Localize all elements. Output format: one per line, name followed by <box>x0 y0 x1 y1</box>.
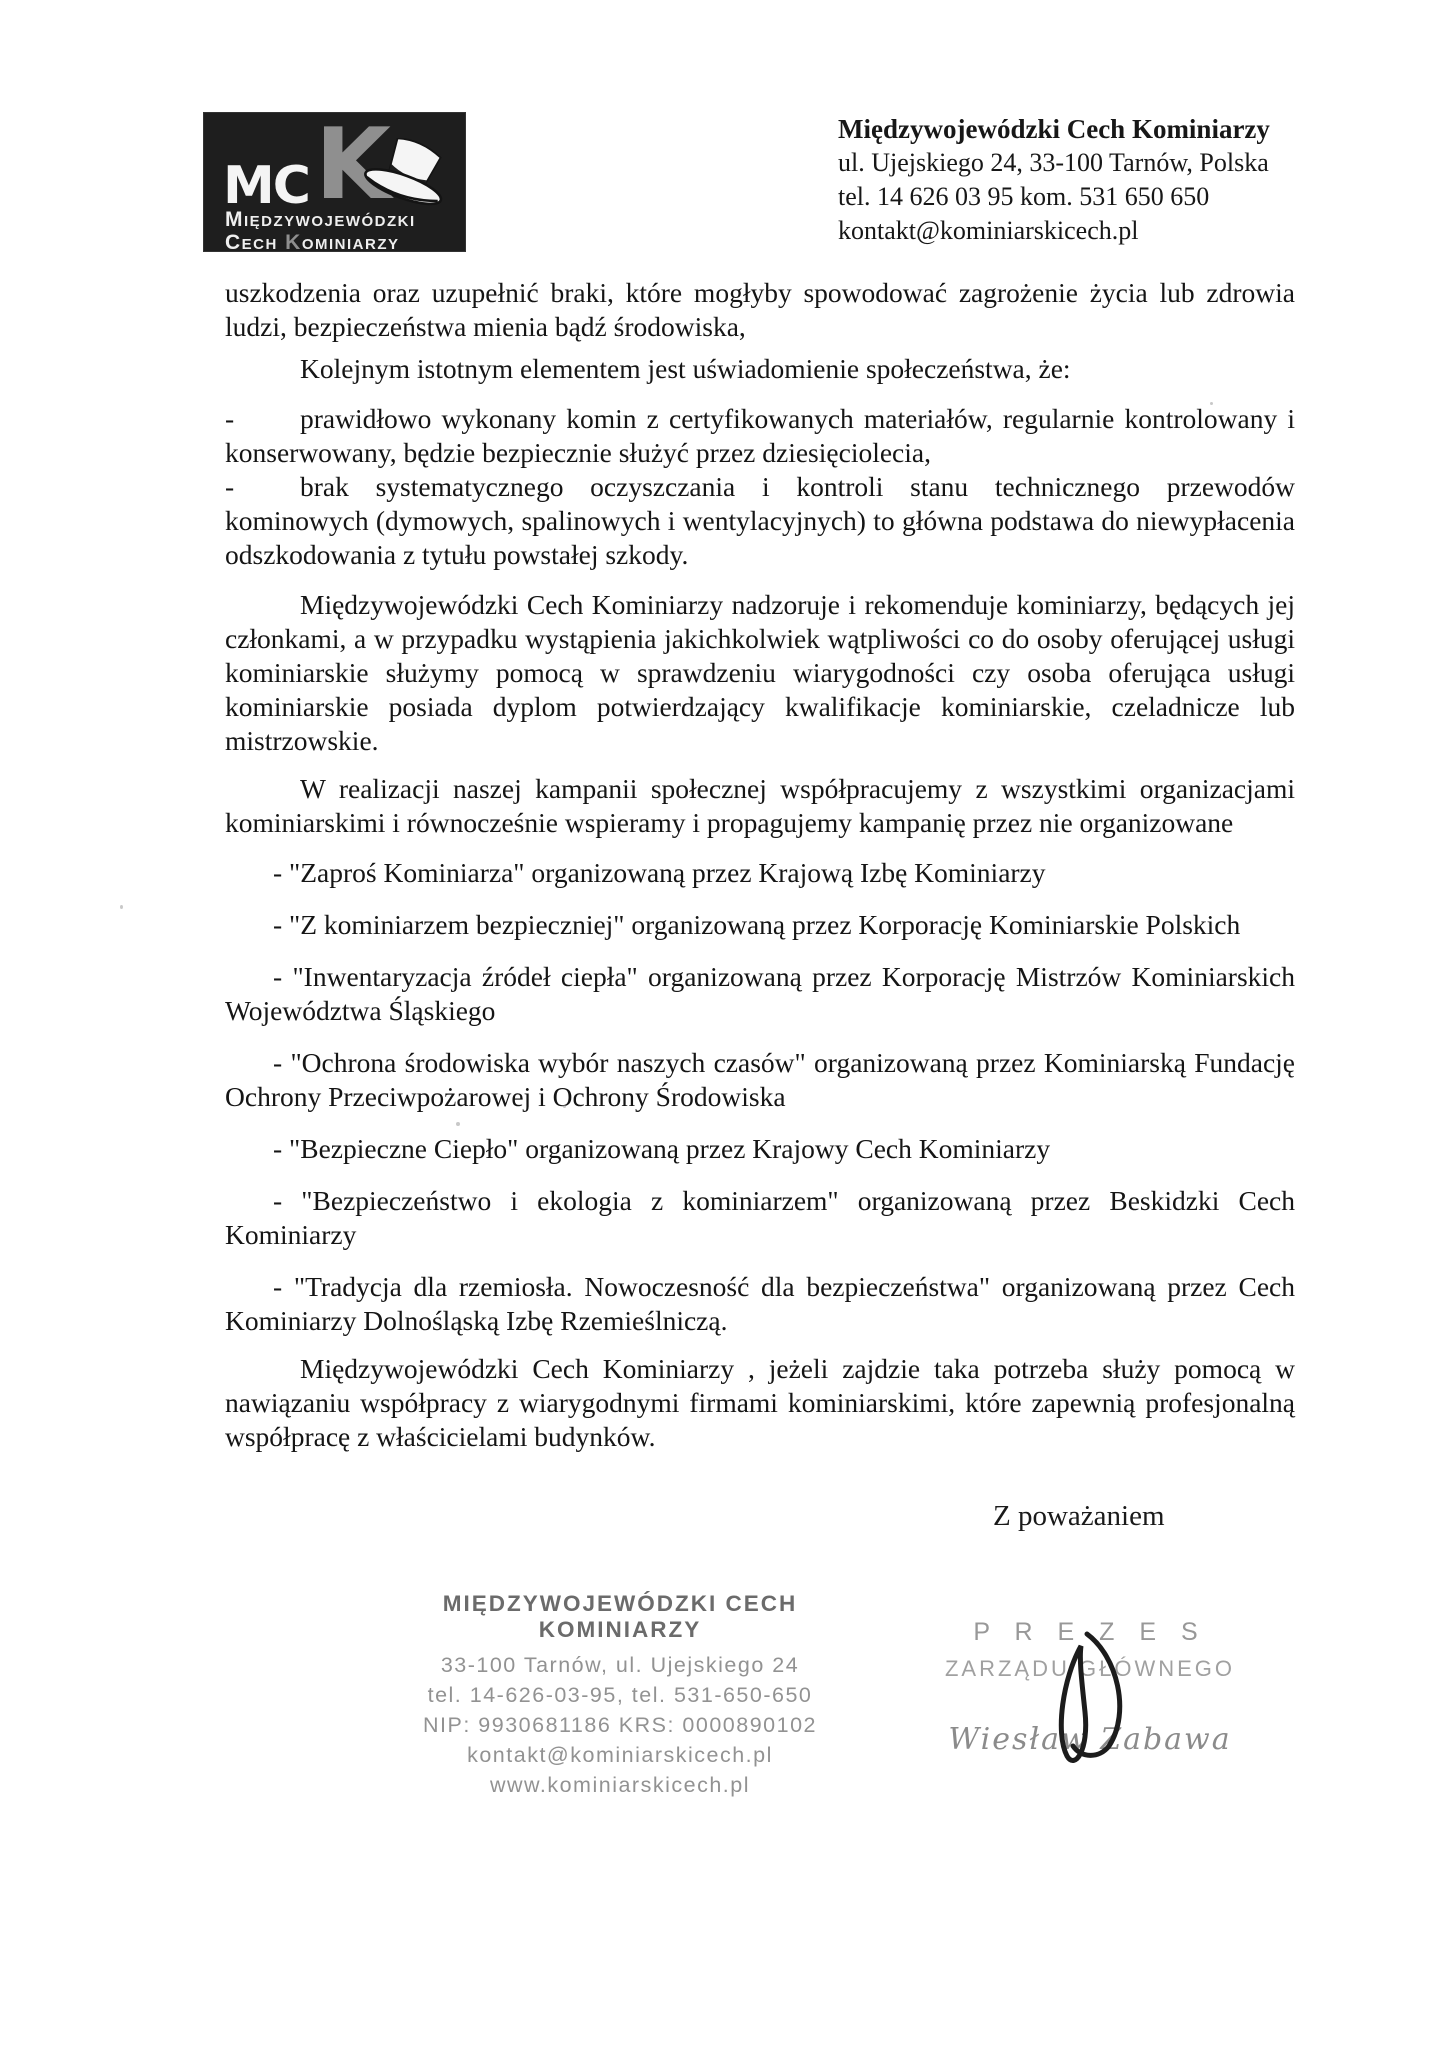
letter-body: uszkodzenia oraz uzupełnić braki, które … <box>225 276 1295 1454</box>
campaign-item: - "Z kominiarzem bezpieczniej" organizow… <box>225 908 1295 942</box>
bullet-item: -prawidłowo wykonany komin z certyfikowa… <box>225 402 1295 470</box>
stamp-phones: tel. 14-626-03-95, tel. 531-650-650 <box>370 1680 870 1710</box>
bullet-dash: - <box>225 470 300 504</box>
logo-name-line2: Cech Kominiarzy <box>225 231 455 252</box>
logo-monogram: MC K <box>223 120 463 212</box>
campaign-item: - "Zaproś Kominiarza" organizowaną przez… <box>225 856 1295 890</box>
campaign-item: - "Bezpieczeństwo i ekologia z kominiarz… <box>225 1184 1295 1252</box>
top-hat-icon <box>351 138 466 218</box>
paragraph-supervision: Międzywojewódzki Cech Kominiarzy nadzoru… <box>225 588 1295 758</box>
bullet-text: brak systematycznego oczyszczania i kont… <box>225 471 1295 570</box>
campaign-item: - "Ochrona środowiska wybór naszych czas… <box>225 1046 1295 1114</box>
bullet-text: prawidłowo wykonany komin z certyfikowan… <box>225 403 1295 468</box>
bullet-item: -brak systematycznego oczyszczania i kon… <box>225 470 1295 572</box>
scan-speckle <box>120 905 123 909</box>
stamp-nip-krs: NIP: 9930681186 KRS: 0000890102 <box>370 1710 870 1740</box>
organization-name: Międzywojewódzki Cech Kominiarzy <box>838 112 1308 146</box>
organization-address: ul. Ujejskiego 24, 33-100 Tarnów, Polska <box>838 146 1308 180</box>
logo-name-line1: Międzywojewódzki <box>225 208 455 231</box>
logo-name-gray-k: K <box>285 231 302 252</box>
paragraph-awareness-intro: Kolejnym istotnym elementem jest uświado… <box>225 352 1295 386</box>
organization-logo: MC K Międzywojewódzki Cech Kominiarzy <box>203 112 466 252</box>
letterhead-contact-block: Międzywojewódzki Cech Kominiarzy ul. Uje… <box>838 112 1308 248</box>
scan-speckle <box>1210 402 1213 405</box>
stamp-website: www.kominiarskicech.pl <box>370 1770 870 1800</box>
scan-speckle <box>456 1122 460 1126</box>
paragraph-cooperation: Międzywojewódzki Cech Kominiarzy , jeżel… <box>225 1352 1295 1454</box>
stamp-org-name: MIĘDZYWOJEWÓDZKI CECH KOMINIARZY <box>370 1591 870 1643</box>
organization-stamp: MIĘDZYWOJEWÓDZKI CECH KOMINIARZY 33-100 … <box>370 1591 870 1800</box>
paragraph-continuation: uszkodzenia oraz uzupełnić braki, które … <box>225 276 1295 344</box>
logo-mc-letters: MC <box>223 160 309 212</box>
campaign-item: - "Inwentaryzacja źródeł ciepła" organiz… <box>225 960 1295 1028</box>
closing-phrase: Z poważaniem <box>993 1500 1165 1533</box>
stamp-address: 33-100 Tarnów, ul. Ujejskiego 24 <box>370 1650 870 1680</box>
paragraph-campaign-intro: W realizacji naszej kampanii społecznej … <box>225 772 1295 840</box>
handwritten-signature <box>1043 1628 1143 1776</box>
campaign-item: - "Bezpieczne Ciepło" organizowaną przez… <box>225 1132 1295 1166</box>
organization-email: kontakt@kominiarskicech.pl <box>838 214 1308 248</box>
organization-phones: tel. 14 626 03 95 kom. 531 650 650 <box>838 180 1308 214</box>
stamp-email: kontakt@kominiarskicech.pl <box>370 1740 870 1770</box>
letter-page: MC K Międzywojewódzki Cech Kominiarzy Mi… <box>0 0 1448 2048</box>
scan-speckle <box>563 1105 566 1108</box>
bullet-dash: - <box>225 402 300 436</box>
campaign-item: - "Tradycja dla rzemiosła. Nowoczesność … <box>225 1270 1295 1338</box>
logo-organization-name: Międzywojewódzki Cech Kominiarzy <box>225 208 455 252</box>
